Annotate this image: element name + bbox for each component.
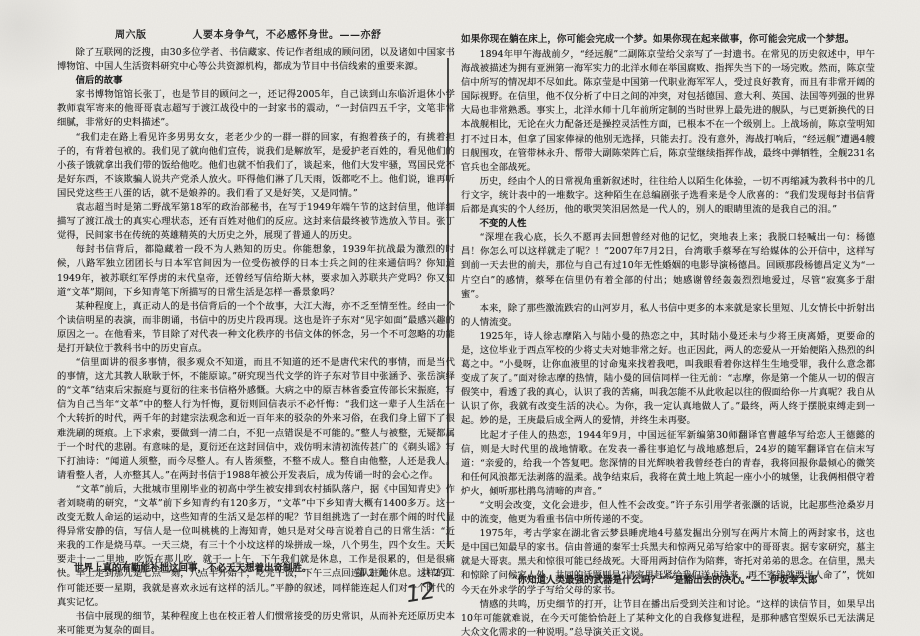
body-paragraph: “深埋在我心底，长久不愿再去回想曾经对他的记忆，突地表上来；我脱口轻喊出一句：杨… xyxy=(461,231,875,301)
edition-label: 周六版 xyxy=(115,30,147,41)
body-paragraph: 家书博物馆馆长张丁，也是节目的顾问之一，还记得2005年，自己读到山东临沂退休小… xyxy=(57,88,455,130)
body-paragraph: 1975年，考古学家在湖北省云梦县睡虎地4号墓发掘出分别写在两片木简上的两封家书… xyxy=(461,527,875,597)
section-heading: 不变的人性 xyxy=(461,217,875,231)
footer-aphorism: 世界上真的有勤能补拙这回事，不必天天想着出奇制胜。 xyxy=(74,560,312,574)
body-paragraph: 情感的共鸣，历史细节的打开，让节目在播出后受到关注和讨论。“这样的读信节目，如果… xyxy=(461,598,875,636)
scanned-newspaper-page: 周六版 人要本身争气，不必感怀身世。——亦舒 除了互联网的泛搜，由30多位学者、… xyxy=(0,0,920,636)
body-paragraph: 除了互联网的泛搜，由30多位学者、书信藏家、传记作者组成的顾问团，以及诸如中国家… xyxy=(57,46,455,74)
body-paragraph: 每封书信背后，都隐藏着一段不为人熟知的历史。你能想象，1939年抗战最为激烈的时… xyxy=(57,243,455,299)
body-paragraph: 本来，除了那些激流跌宕的山河岁月，私人书信中更多的本来就是家长里短、儿女情长中折… xyxy=(461,302,875,330)
header-motto-quote: 人要本身争气，不必感怀身世。——亦舒 xyxy=(192,30,381,41)
right-column: 如果你现在躺在床上，你可能会完成一个梦。如果你现在起来做事，你可能会完成一个梦想… xyxy=(461,33,875,636)
body-paragraph: “信里面讲的很多事情，很多观众不知道，而且不知道的还不是唐代宋代的事情，而是当代… xyxy=(57,356,455,483)
body-paragraph: “我们走在路上看见许多男男女女，老老少少的一群一群的回家，有抱着孩子的，有挑着担… xyxy=(57,131,455,201)
footer-page-number: 第 2 页 xyxy=(356,565,387,579)
body-paragraph: 历史，经由个人的日常视角重新叙述时，往往给人以陌生化体验，一切不再缩减为教科书中… xyxy=(461,175,875,217)
body-paragraph: “文明会改变，文化会进步，但人性不会改变。”许子东引用学者张灏的话说，比起那些沧… xyxy=(461,499,875,527)
page-header: 周六版 人要本身争气，不必感怀身世。——亦舒 xyxy=(57,28,455,43)
right-column-body: 1894年甲午海战前夕，“经远舰”二副陈京莹给父亲写了一封遗书。在常见的历史叙述… xyxy=(461,48,875,636)
body-paragraph: 比起才子佳人的热恋，1944年9月，中国远征军新编第30师翻译官曹越华写给恋人王… xyxy=(461,429,875,499)
body-paragraph: 某种程度上，真正动人的是书信背后的一个个故事，大江大海，亦不乏至情至性。经由一个… xyxy=(57,300,455,356)
body-paragraph: 书信中展现的细节，某种程度上也在校正着人们惯常接受的历史常识，从而补充还原历史本… xyxy=(57,610,455,636)
section-heading: 信后的故事 xyxy=(57,74,455,88)
body-paragraph: 1894年甲午海战前夕，“经远舰”二副陈京莹给父亲写了一封遗书。在常见的历史叙述… xyxy=(461,48,875,175)
footer-page-total: 共 2 页 xyxy=(421,565,452,579)
body-paragraph: “文革”前后，大批城市里刚毕业的初高中学生被安排到农村插队落户，据《中国知青史》… xyxy=(57,483,455,610)
footer-quote: “你知道人类最强的武器是什么吗？” “是豁出去的决心。”——伊坂幸太郎 xyxy=(512,572,817,586)
body-paragraph: 袁志超当时是第二野战军第18军的政治部秘书，在写于1949年端午节的这封信里，他… xyxy=(57,201,455,243)
body-paragraph: 1925年，诗人徐志摩陷入与陆小曼的热恋之中，其时陆小曼还未与少将王庚离婚，更要… xyxy=(461,330,875,429)
right-column-lead-quote: 如果你现在躺在床上，你可能会完成一个梦。如果你现在起来做事，你可能会完成一个梦想… xyxy=(461,33,875,47)
left-column: 周六版 人要本身争气，不必感怀身世。——亦舒 除了互联网的泛搜，由30多位学者、… xyxy=(57,28,455,636)
left-column-body: 除了互联网的泛搜，由30多位学者、书信藏家、传记作者组成的顾问团，以及诸如中国家… xyxy=(57,46,455,636)
handwritten-page-mark: 12 xyxy=(404,578,437,608)
